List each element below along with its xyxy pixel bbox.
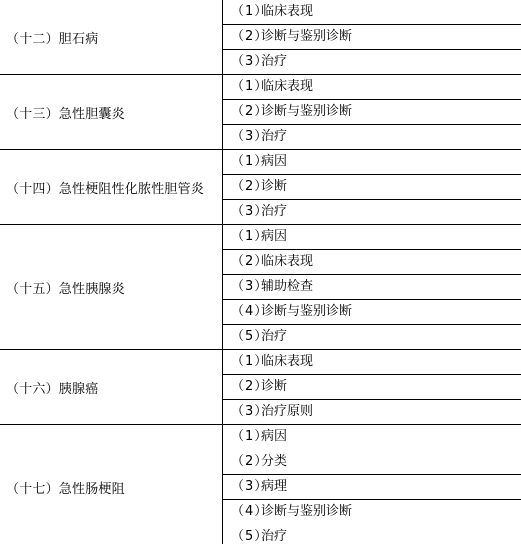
item-label: 治疗 <box>261 129 287 144</box>
list-item: （1）病因 <box>223 225 521 250</box>
item-label: 病理 <box>261 479 287 494</box>
group-items: （1）病因 （2）分类 （3）病理 （4）诊断与鉴别诊断 （5）治疗 <box>223 425 521 544</box>
item-label: 治疗 <box>261 329 287 344</box>
item-number: （3） <box>231 125 261 149</box>
outline-table: （十二）胆石病 （1）临床表现 （2）诊断与鉴别诊断 （3）治疗 （十三）急性胆… <box>0 0 521 544</box>
item-number: （2） <box>231 100 261 124</box>
list-item: （2）诊断与鉴别诊断 <box>223 25 521 50</box>
item-label: 治疗 <box>261 204 287 219</box>
item-number: （2） <box>231 175 261 199</box>
item-label: 分类 <box>261 454 287 469</box>
list-item: （2）诊断 <box>223 175 521 200</box>
list-item: （5）治疗 <box>223 525 521 544</box>
item-label: 治疗 <box>261 529 287 544</box>
list-item: （2）分类 <box>223 450 521 475</box>
outline-group-16: （十六）胰腺癌 （1）临床表现 （2）诊断 （3）治疗原则 <box>0 350 521 425</box>
list-item: （3）治疗 <box>223 200 521 224</box>
item-label: 病因 <box>261 229 287 244</box>
item-number: （1） <box>231 350 261 374</box>
list-item: （2）诊断 <box>223 375 521 400</box>
list-item: （2）诊断与鉴别诊断 <box>223 100 521 125</box>
list-item: （3）辅助检查 <box>223 275 521 300</box>
item-number: （1） <box>231 0 261 24</box>
list-item: （1）临床表现 <box>223 0 521 25</box>
item-label: 诊断 <box>261 179 287 194</box>
item-label: 临床表现 <box>261 79 313 94</box>
item-label: 治疗 <box>261 54 287 69</box>
list-item: （1）病因 <box>223 425 521 450</box>
list-item: （2）临床表现 <box>223 250 521 275</box>
outline-group-13: （十三）急性胆囊炎 （1）临床表现 （2）诊断与鉴别诊断 （3）治疗 <box>0 75 521 150</box>
item-number: （1） <box>231 75 261 99</box>
item-label: 临床表现 <box>261 254 313 269</box>
item-label: 治疗原则 <box>261 404 313 419</box>
item-label: 临床表现 <box>261 4 313 19</box>
item-number: （1） <box>231 425 261 449</box>
item-label: 临床表现 <box>261 354 313 369</box>
item-number: （3） <box>231 400 261 424</box>
list-item: （1）临床表现 <box>223 350 521 375</box>
list-item: （3）治疗原则 <box>223 400 521 424</box>
item-number: （3） <box>231 475 261 499</box>
item-number: （5） <box>231 525 261 544</box>
list-item: （5）治疗 <box>223 325 521 349</box>
item-label: 诊断与鉴别诊断 <box>261 304 352 319</box>
list-item: （1）临床表现 <box>223 75 521 100</box>
outline-group-14: （十四）急性梗阻性化脓性胆管炎 （1）病因 （2）诊断 （3）治疗 <box>0 150 521 225</box>
group-title: （十七）急性肠梗阻 <box>0 425 223 544</box>
item-number: （2） <box>231 450 261 474</box>
group-title: （十三）急性胆囊炎 <box>0 75 223 149</box>
item-label: 病因 <box>261 429 287 444</box>
group-items: （1）临床表现 （2）诊断与鉴别诊断 （3）治疗 <box>223 0 521 74</box>
group-title: （十二）胆石病 <box>0 0 223 74</box>
item-number: （2） <box>231 25 261 49</box>
item-number: （1） <box>231 225 261 249</box>
list-item: （3）病理 <box>223 475 521 500</box>
item-label: 诊断与鉴别诊断 <box>261 104 352 119</box>
item-number: （3） <box>231 50 261 74</box>
outline-group-15: （十五）急性胰腺炎 （1）病因 （2）临床表现 （3）辅助检查 （4）诊断与鉴别… <box>0 225 521 350</box>
list-item: （3）治疗 <box>223 125 521 149</box>
group-items: （1）临床表现 （2）诊断与鉴别诊断 （3）治疗 <box>223 75 521 149</box>
outline-group-12: （十二）胆石病 （1）临床表现 （2）诊断与鉴别诊断 （3）治疗 <box>0 0 521 75</box>
group-title: （十六）胰腺癌 <box>0 350 223 424</box>
item-label: 诊断与鉴别诊断 <box>261 29 352 44</box>
list-item: （1）病因 <box>223 150 521 175</box>
group-items: （1）病因 （2）临床表现 （3）辅助检查 （4）诊断与鉴别诊断 （5）治疗 <box>223 225 521 349</box>
group-items: （1）临床表现 （2）诊断 （3）治疗原则 <box>223 350 521 424</box>
list-item: （4）诊断与鉴别诊断 <box>223 300 521 325</box>
list-item: （3）治疗 <box>223 50 521 74</box>
list-item: （4）诊断与鉴别诊断 <box>223 500 521 525</box>
item-label: 辅助检查 <box>261 279 313 294</box>
item-number: （1） <box>231 150 261 174</box>
item-number: （4） <box>231 300 261 324</box>
item-number: （2） <box>231 375 261 399</box>
item-label: 诊断与鉴别诊断 <box>261 504 352 519</box>
item-number: （4） <box>231 500 261 524</box>
item-number: （3） <box>231 200 261 224</box>
group-title: （十五）急性胰腺炎 <box>0 225 223 349</box>
group-items: （1）病因 （2）诊断 （3）治疗 <box>223 150 521 224</box>
item-number: （3） <box>231 275 261 299</box>
item-label: 病因 <box>261 154 287 169</box>
item-number: （2） <box>231 250 261 274</box>
item-number: （5） <box>231 325 261 349</box>
outline-group-17: （十七）急性肠梗阻 （1）病因 （2）分类 （3）病理 （4）诊断与鉴别诊断 （… <box>0 425 521 544</box>
group-title: （十四）急性梗阻性化脓性胆管炎 <box>0 150 223 224</box>
item-label: 诊断 <box>261 379 287 394</box>
